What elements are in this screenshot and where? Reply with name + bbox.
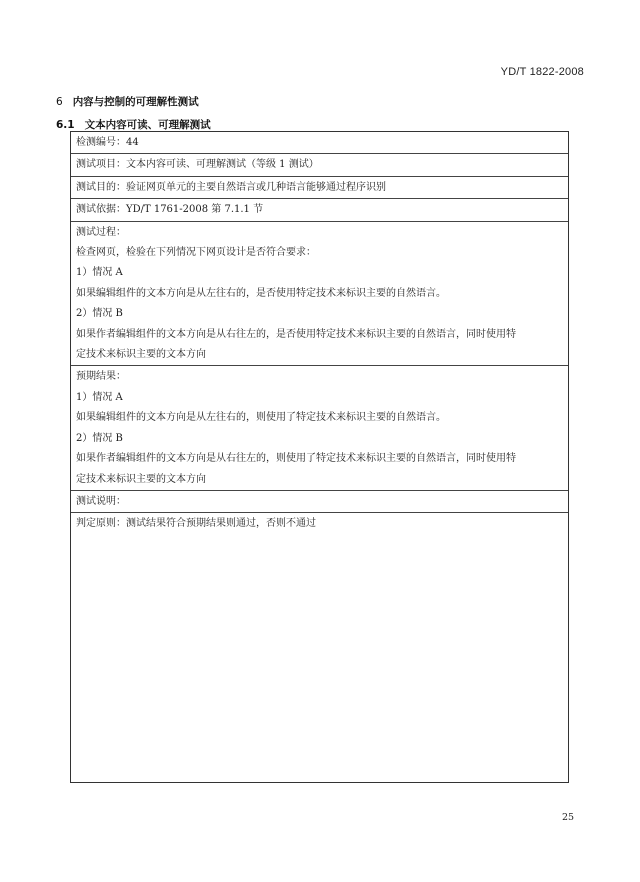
subsection-number: 6.1 [56, 119, 75, 131]
criteria: 判定原则：测试结果符合预期结果则通过，否则不通过 [76, 514, 563, 534]
expected-case-b-label: 2）情况 B [76, 429, 563, 449]
test-purpose-row: 测试目的：验证网页单元的主要自然语言或几种语言能够通过程序识别 [71, 177, 568, 199]
procedure-case-a-text: 如果编辑组件的文本方向是从左往右的，是否使用特定技术来标识主要的自然语言。 [76, 284, 563, 304]
subsection-heading: 6.1文本内容可读、可理解测试 [56, 117, 211, 132]
procedure-case-b-label: 2）情况 B [76, 304, 563, 324]
test-purpose: 测试目的：验证网页单元的主要自然语言或几种语言能够通过程序识别 [76, 178, 563, 198]
test-notes: 测试说明： [76, 492, 563, 512]
test-id-row: 检测编号：44 [71, 132, 568, 154]
procedure-label: 测试过程： [76, 223, 563, 243]
test-item: 测试项目：文本内容可读、可理解测试（等级 1 测试） [76, 155, 563, 175]
procedure-case-b-text: 如果作者编辑组件的文本方向是从右往左的，是否使用特定技术来标识主要的自然语言，同… [76, 325, 563, 345]
test-item-row: 测试项目：文本内容可读、可理解测试（等级 1 测试） [71, 154, 568, 176]
test-notes-row: 测试说明： [71, 491, 568, 513]
expected-result-row: 预期结果： 1）情况 A 如果编辑组件的文本方向是从左往右的，则使用了特定技术来… [71, 366, 568, 490]
standard-code: YD/T 1822-2008 [501, 66, 584, 78]
page-number: 25 [562, 812, 574, 823]
section-title: 内容与控制的可理解性测试 [73, 96, 199, 108]
procedure-line: 检查网页，检验在下列情况下网页设计是否符合要求： [76, 243, 563, 263]
expected-case-a-text: 如果编辑组件的文本方向是从左往右的，则使用了特定技术来标识主要的自然语言。 [76, 408, 563, 428]
expected-case-a-label: 1）情况 A [76, 388, 563, 408]
test-basis: 测试依据：YD/T 1761-2008 第 7.1.1 节 [76, 200, 563, 220]
criteria-row: 判定原则：测试结果符合预期结果则通过，否则不通过 [71, 513, 568, 534]
section-heading: 6内容与控制的可理解性测试 [56, 94, 199, 109]
expected-case-b-text-cont: 定技术来标识主要的文本方向 [76, 470, 563, 490]
expected-case-b-text: 如果作者编辑组件的文本方向是从右往左的，则使用了特定技术来标识主要的自然语言，同… [76, 449, 563, 469]
expected-label: 预期结果： [76, 367, 563, 387]
test-basis-row: 测试依据：YD/T 1761-2008 第 7.1.1 节 [71, 199, 568, 221]
procedure-case-a-label: 1）情况 A [76, 263, 563, 283]
test-id: 检测编号：44 [76, 133, 563, 153]
section-number: 6 [56, 96, 63, 108]
test-procedure-row: 测试过程： 检查网页，检验在下列情况下网页设计是否符合要求： 1）情况 A 如果… [71, 222, 568, 367]
test-case-table: 检测编号：44 测试项目：文本内容可读、可理解测试（等级 1 测试） 测试目的：… [70, 131, 569, 783]
subsection-title: 文本内容可读、可理解测试 [85, 119, 211, 131]
procedure-case-b-text-cont: 定技术来标识主要的文本方向 [76, 345, 563, 365]
